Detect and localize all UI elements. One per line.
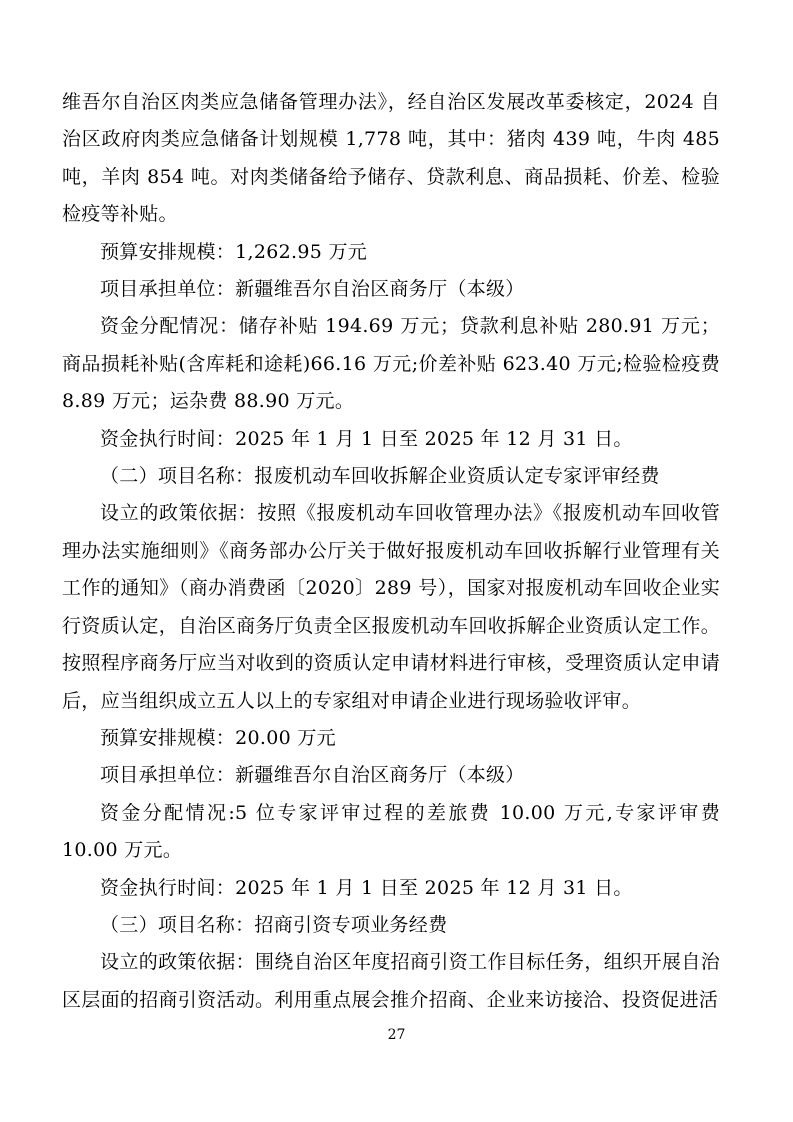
document-body: 维吾尔自治区肉类应急储备管理办法》，经自治区发展改革委核定，2024 自治区政府… [62,84,720,1019]
paragraph: 资金执行时间：2025 年 1 月 1 日至 2025 年 12 月 31 日。 [62,870,720,907]
paragraph: （三）项目名称：招商引资专项业务经费 [62,907,720,944]
paragraph: （二）项目名称：报废机动车回收拆解企业资质认定专家评审经费 [62,458,720,495]
paragraph: 设立的政策依据：按照《报废机动车回收管理办法》《报废机动车回收管理办法实施细则》… [62,495,720,719]
paragraph: 预算安排规模：1,262.95 万元 [62,234,720,271]
paragraph: 资金执行时间：2025 年 1 月 1 日至 2025 年 12 月 31 日。 [62,421,720,458]
paragraph: 资金分配情况：储存补贴 194.69 万元；贷款利息补贴 280.91 万元；商… [62,308,720,420]
page-number: 27 [0,1026,793,1044]
paragraph: 设立的政策依据：围绕自治区年度招商引资工作目标任务，组织开展自治区层面的招商引资… [62,944,720,1019]
paragraph: 项目承担单位：新疆维吾尔自治区商务厅（本级） [62,271,720,308]
paragraph: 维吾尔自治区肉类应急储备管理办法》，经自治区发展改革委核定，2024 自治区政府… [62,84,720,234]
paragraph: 预算安排规模：20.00 万元 [62,720,720,757]
paragraph: 资金分配情况:5 位专家评审过程的差旅费 10.00 万元,专家评审费 10.0… [62,795,720,870]
paragraph: 项目承担单位：新疆维吾尔自治区商务厅（本级） [62,757,720,794]
document-page: 维吾尔自治区肉类应急储备管理办法》，经自治区发展改革委核定，2024 自治区政府… [0,0,793,1122]
